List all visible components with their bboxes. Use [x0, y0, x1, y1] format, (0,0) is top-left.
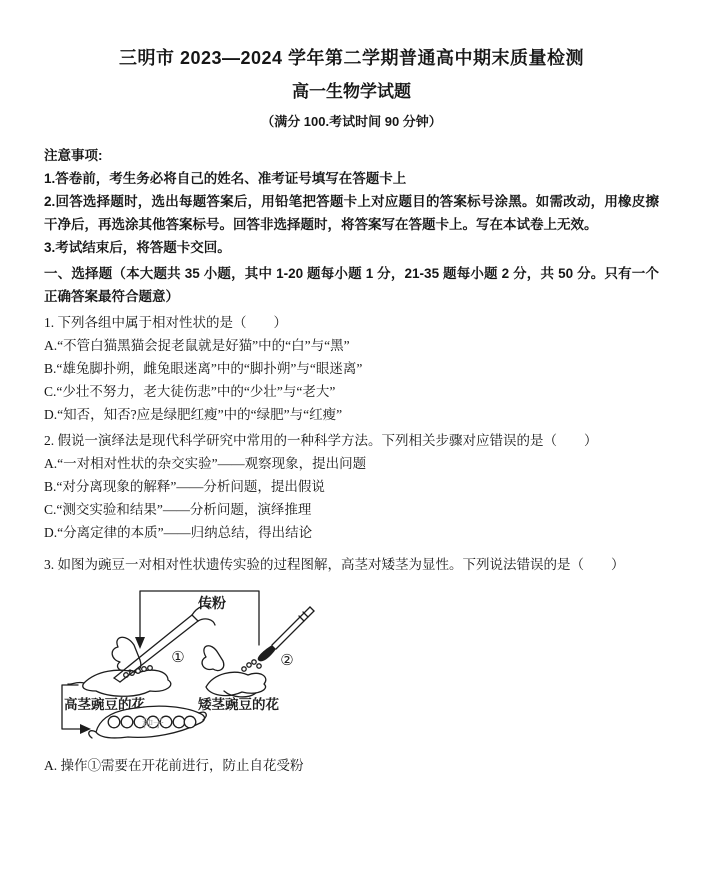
- stigma-detail: [242, 660, 261, 671]
- question-1-option-c: C.“少壮不努力，老大徒伤悲”中的“少壮”与“老大”: [44, 380, 659, 403]
- question-2: 2. 假说一演绎法是现代科学研究中常用的一种科学方法。下列相关步骤对应错误的是（…: [44, 429, 659, 544]
- short-pea-flower-label: 矮茎豌豆的花: [198, 696, 279, 712]
- question-3-stem: 3. 如图为豌豆一对相对性状遗传实验的过程图解，高茎对矮茎为显性。下列说法错误的…: [44, 553, 659, 576]
- section-heading: 一、选择题（本大题共 35 小题，其中 1-20 题每小题 1 分，21-35 …: [44, 262, 659, 308]
- tall-pea-flower-illustration: [68, 637, 171, 696]
- notice-item-2: 2.回答选择题时，选出每题答案后，用铅笔把答题卡上对应题目的答案标号涂黑。如需改…: [44, 190, 659, 236]
- exam-page: 三明市 2023—2024 学年第二学期普通高中期末质量检测 高一生物学试题 （…: [0, 0, 701, 877]
- question-1-option-d: D.“知否，知否?应是绿肥红瘦”中的“绿肥”与“红瘦”: [44, 403, 659, 426]
- question-3-option-a: A. 操作①需要在开花前进行，防止自花受粉: [44, 754, 659, 777]
- exam-subject-title: 高一生物学试题: [44, 81, 659, 103]
- notice-item-1: 1.答卷前，考生务必将自己的姓名、准考证号填写在答题卡上: [44, 167, 659, 190]
- exam-title: 三明市 2023—2024 学年第二学期普通高中期末质量检测: [44, 46, 659, 70]
- pea-cross-diagram: 传粉: [56, 581, 416, 751]
- step1-circled-number: ①: [171, 650, 184, 666]
- notice-block: 注意事项: 1.答卷前，考生务必将自己的姓名、准考证号填写在答题卡上 2.回答选…: [44, 144, 659, 259]
- pollination-label: 传粉: [197, 595, 226, 612]
- arrowhead-down-icon: [135, 637, 145, 649]
- step2-circled-number: ②: [280, 653, 293, 669]
- question-2-stem: 2. 假说一演绎法是现代科学研究中常用的一种科学方法。下列相关步骤对应错误的是（…: [44, 429, 659, 452]
- short-pea-flower-illustration: [202, 646, 266, 697]
- notice-item-3: 3.考试结束后，将答题卡交回。: [44, 236, 659, 259]
- question-1: 1. 下列各组中属于相对性状的是（ ） A.“不管白猫黑猫会捉老鼠就是好猫”中的…: [44, 311, 659, 426]
- question-2-option-a: A.“一对相对性状的杂交实验”——观察现象，提出问题: [44, 452, 659, 475]
- seed-label: 种子: [142, 717, 164, 730]
- exam-score-time: （满分 100.考试时间 90 分钟）: [44, 113, 659, 131]
- question-1-option-a: A.“不管白猫黑猫会捉老鼠就是好猫”中的“白”与“黑”: [44, 334, 659, 357]
- pea-cross-figure: 传粉: [56, 581, 659, 751]
- page-content: 三明市 2023—2024 学年第二学期普通高中期末质量检测 高一生物学试题 （…: [0, 0, 701, 777]
- question-2-option-d: D.“分离定律的本质”——归纳总结，得出结论: [44, 521, 659, 544]
- question-1-option-b: B.“雄兔脚扑朔，雌兔眼迷离”中的“脚扑朔”与“眼迷离”: [44, 357, 659, 380]
- question-2-option-b: B.“对分离现象的解释”——分析问题，提出假说: [44, 475, 659, 498]
- question-3: 3. 如图为豌豆一对相对性状遗传实验的过程图解，高茎对矮茎为显性。下列说法错误的…: [44, 553, 659, 777]
- question-1-stem: 1. 下列各组中属于相对性状的是（ ）: [44, 311, 659, 334]
- notice-heading: 注意事项:: [44, 144, 659, 167]
- question-2-option-c: C.“测交实验和结果”——分析问题，演绎推理: [44, 498, 659, 521]
